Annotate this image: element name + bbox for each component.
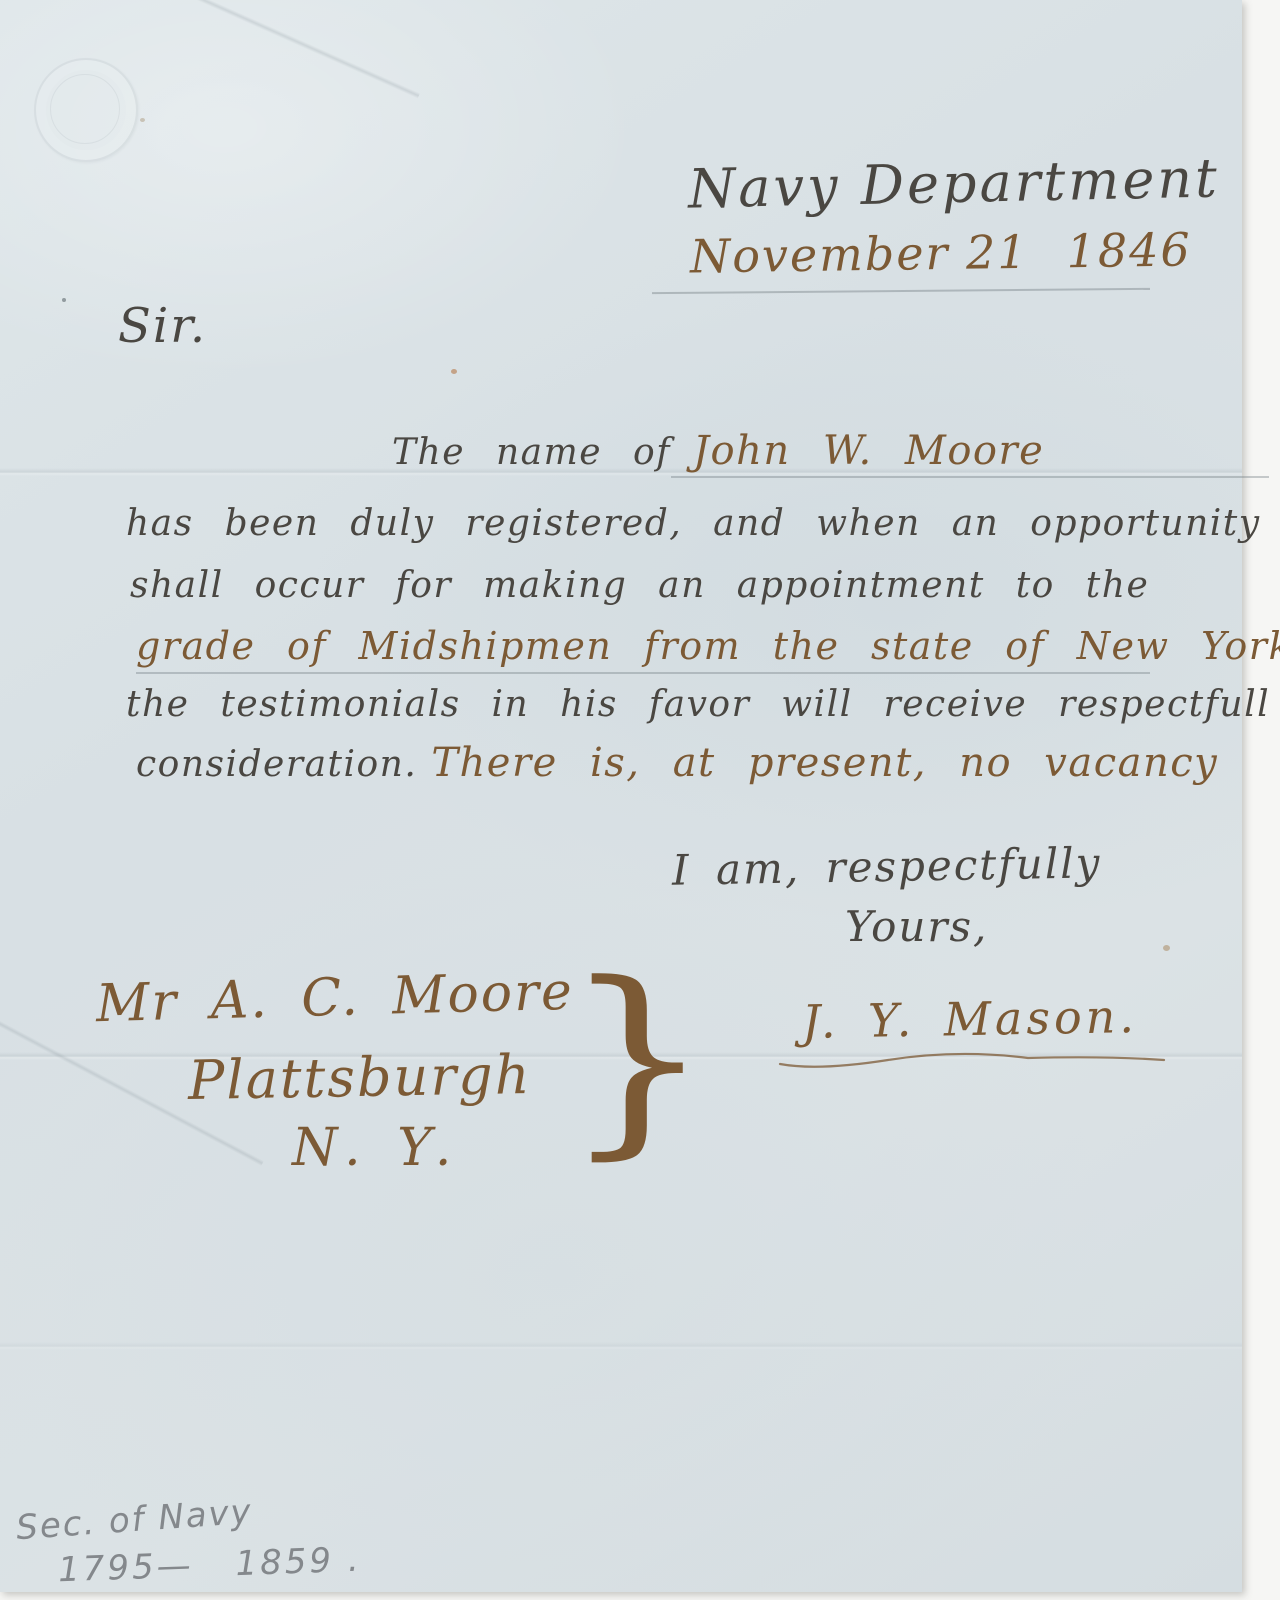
recipient-state: N. Y. [292,1118,461,1178]
letter-paper-sheet: Navy Department November 211846 Sir. The… [0,0,1242,1592]
pencil-note-year-start: 1795— [57,1546,194,1591]
body-line-1-name-fill-in: John W. Moore [671,428,1269,478]
paper-stain-2 [1163,945,1170,951]
body-line-1-prefix: The name of [392,432,671,473]
body-line-6: consideration.There is, at present, no v… [136,740,1218,786]
letter-date-month-day: November 21 [690,225,1029,284]
paper-stain-4 [140,118,145,122]
closing-line-1: I am, respectfully [672,838,1102,894]
recipient-name: Mr A. C. Moore [95,962,574,1034]
embossed-seal-inner-ring [50,74,120,144]
body-line-4-fill-in: grade of Midshipmen from the state of Ne… [136,624,1150,674]
embossed-seal [34,58,138,162]
body-line-5: the testimonials in his favor will recei… [126,684,1270,725]
salutation: Sir. [118,298,207,354]
signature: J. Y. Mason. [802,989,1139,1049]
letter-date: November 211846 [690,223,1192,284]
fold-crease-lower [0,1342,1242,1350]
body-line-1: The name ofJohn W. Moore [392,428,1269,478]
body-line-6-start: consideration. [136,744,417,785]
pencil-note-line-2: 1795—1859 . [57,1540,362,1591]
closing-line-2: Yours, [845,902,988,951]
fold-crease-top [180,0,420,99]
paper-stain-1 [451,369,457,374]
scanned-letter: Navy Department November 211846 Sir. The… [0,0,1280,1600]
date-rule-line [652,288,1150,294]
recipient-brace: } [562,942,712,1177]
body-line-2: has been duly registered, and when an op… [126,503,1261,544]
letter-date-year: 1846 [1066,223,1192,279]
letterhead-department: Navy Department [687,146,1220,220]
body-line-6-fill-in: There is, at present, no vacancy [431,740,1218,786]
body-line-3: shall occur for making an appointment to… [130,565,1149,606]
pencil-note-year-end: 1859 . [235,1540,362,1584]
paper-stain-3 [62,298,66,302]
recipient-city: Plattsburgh [187,1043,531,1112]
pencil-note-line-1: Sec. of Navy [15,1492,254,1548]
signature-flourish-underline [778,1048,1166,1070]
